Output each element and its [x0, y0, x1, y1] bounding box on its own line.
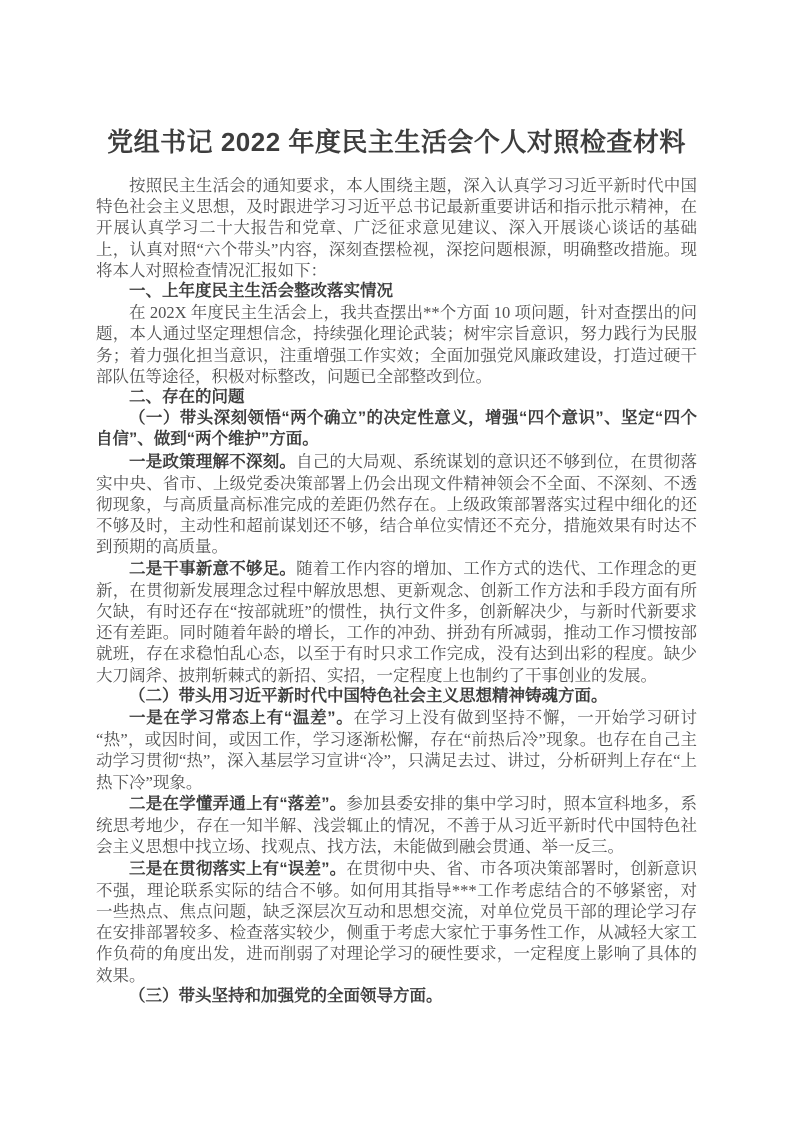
document-title: 党组书记 2022 年度民主生活会个人对照检查材料: [96, 124, 697, 160]
bold-lead-text: 二是在学懂弄通上有“落差”。: [129, 795, 346, 813]
heading-text: （二）带头用习近平新时代中国特色社会主义思想精神铸魂方面。: [129, 687, 608, 705]
section-heading: （一）带头深刻领悟“两个确立”的决定性意义，增强“四个意识”、坚定“四个自信”、…: [96, 408, 697, 450]
section-heading: 二、存在的问题: [96, 387, 697, 408]
body-paragraph: 二是在学懂弄通上有“落差”。参加县委安排的集中学习时，照本宣科地多，系统思考地少…: [96, 793, 697, 858]
section-heading: 一、上年度民主生活会整改落实情况: [96, 281, 697, 302]
body-paragraph: 一是在学习常态上有“温差”。在学习上没有做到坚持不懈，一开始学习研讨“热”，或因…: [96, 707, 697, 793]
body-paragraph: 在 202X 年度民主生活会上，我共查摆出**个方面 10 项问题，针对查摆出的…: [96, 302, 697, 387]
bold-lead-text: 三是在贯彻落实上有“误差”。: [129, 860, 346, 878]
body-paragraph: 按照民主生活会的通知要求，本人围绕主题，深入认真学习习近平新时代中国特色社会主义…: [96, 175, 697, 281]
paragraph-text: 在 202X 年度民主生活会上，我共查摆出**个方面 10 项问题，针对查摆出的…: [96, 303, 697, 386]
paragraph-text: 按照民主生活会的通知要求，本人围绕主题，深入认真学习习近平新时代中国特色社会主义…: [96, 176, 697, 280]
heading-text: （一）带头深刻领悟“两个确立”的决定性意义，增强“四个意识”、坚定“四个自信”、…: [96, 409, 697, 448]
section-heading: （二）带头用习近平新时代中国特色社会主义思想精神铸魂方面。: [96, 686, 697, 707]
heading-text: 一、上年度民主生活会整改落实情况: [129, 282, 393, 300]
body-paragraph: 一是政策理解不深刻。自己的大局观、系统谋划的意识还不够到位，在贯彻落实中央、省市…: [96, 451, 697, 558]
bold-lead-text: 一是政策理解不深刻。: [129, 453, 296, 471]
document-body: 按照民主生活会的通知要求，本人围绕主题，深入认真学习习近平新时代中国特色社会主义…: [96, 175, 697, 1007]
section-heading: （三）带头坚持和加强党的全面领导方面。: [96, 986, 697, 1007]
heading-text: （三）带头坚持和加强党的全面领导方面。: [129, 987, 443, 1005]
bold-lead-text: 二是干事新意不够足。: [129, 560, 296, 578]
heading-text: 二、存在的问题: [129, 388, 245, 406]
document-page: 党组书记 2022 年度民主生活会个人对照检查材料 按照民主生活会的通知要求，本…: [0, 0, 793, 1122]
body-paragraph: 二是干事新意不够足。随着工作内容的增加、工作方式的迭代、工作理念的更新，在贯彻新…: [96, 558, 697, 686]
body-paragraph: 三是在贯彻落实上有“误差”。在贯彻中央、省、市各项决策部署时，创新意识不强，理论…: [96, 858, 697, 986]
bold-lead-text: 一是在学习常态上有“温差”。: [129, 709, 353, 727]
